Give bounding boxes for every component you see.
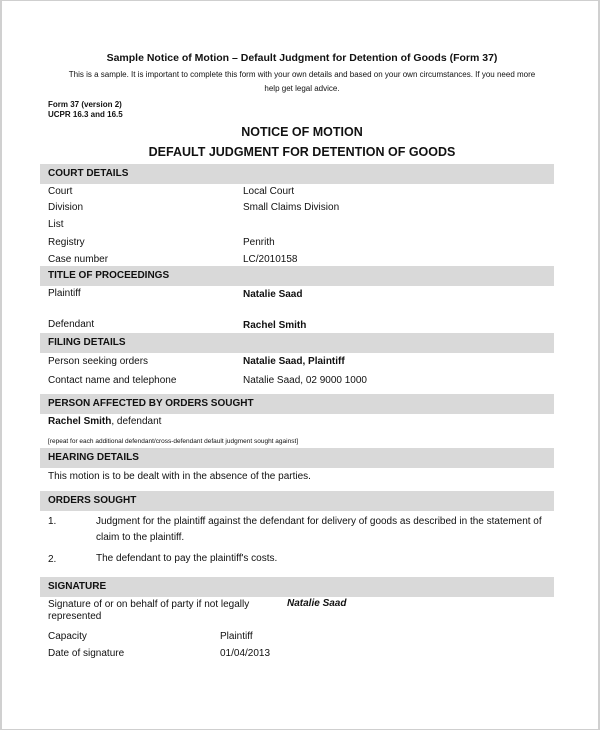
section-header-filing-details: FILING DETAILS: [40, 333, 554, 353]
court-label: Court: [48, 186, 72, 198]
section-header-hearing-details: HEARING DETAILS: [40, 448, 554, 468]
sample-note: This is a sample. It is important to com…: [62, 68, 542, 96]
contact-label: Contact name and telephone: [48, 375, 176, 387]
ucpr-reference: UCPR 16.3 and 16.5: [48, 110, 123, 120]
registry-value: Penrith: [243, 237, 275, 249]
plaintiff-value: Natalie Saad: [243, 289, 302, 301]
division-label: Division: [48, 202, 83, 214]
section-header-person-affected: PERSON AFFECTED BY ORDERS SOUGHT: [40, 394, 554, 414]
contact-value: Natalie Saad, 02 9000 1000: [243, 375, 367, 387]
court-value: Local Court: [243, 186, 294, 198]
order-text-2: The defendant to pay the plaintiff's cos…: [96, 551, 548, 567]
section-header-court-details: COURT DETAILS: [40, 164, 554, 184]
document-page: Sample Notice of Motion – Default Judgme…: [0, 0, 600, 730]
list-label: List: [48, 219, 64, 231]
plaintiff-label: Plaintiff: [48, 288, 81, 300]
notice-heading: NOTICE OF MOTION: [2, 125, 600, 139]
order-number-1: 1.: [48, 516, 56, 527]
capacity-value: Plaintiff: [220, 631, 253, 643]
form-version: Form 37 (version 2): [48, 100, 123, 110]
hearing-text: This motion is to be dealt with in the a…: [48, 471, 311, 483]
section-header-orders-sought: ORDERS SOUGHT: [40, 491, 554, 511]
sample-title: Sample Notice of Motion – Default Judgme…: [2, 52, 600, 64]
defendant-value: Rachel Smith: [243, 320, 306, 332]
division-value: Small Claims Division: [243, 202, 339, 214]
person-seeking-orders-value: Natalie Saad, Plaintiff: [243, 356, 345, 368]
order-text-1: Judgment for the plaintiff against the d…: [96, 514, 548, 546]
case-number-label: Case number: [48, 254, 108, 266]
signature-value: Natalie Saad: [287, 598, 346, 610]
date-of-signature-label: Date of signature: [48, 648, 124, 660]
person-seeking-orders-label: Person seeking orders: [48, 356, 148, 368]
person-affected-role: , defendant: [111, 416, 161, 427]
default-judgment-heading: DEFAULT JUDGMENT FOR DETENTION OF GOODS: [2, 145, 600, 159]
section-header-signature: SIGNATURE: [40, 577, 554, 597]
registry-label: Registry: [48, 237, 85, 249]
date-of-signature-value: 01/04/2013: [220, 648, 270, 660]
signature-label: Signature of or on behalf of party if no…: [48, 599, 258, 623]
person-affected-line: Rachel Smith, defendant: [48, 416, 161, 428]
person-affected-name: Rachel Smith: [48, 416, 111, 427]
order-number-2: 2.: [48, 554, 56, 565]
form-meta: Form 37 (version 2) UCPR 16.3 and 16.5: [48, 100, 123, 120]
capacity-label: Capacity: [48, 631, 87, 643]
repeat-note: [repeat for each additional defendant/cr…: [48, 436, 298, 448]
defendant-label: Defendant: [48, 319, 94, 331]
case-number-value: LC/2010158: [243, 254, 298, 266]
section-header-title-of-proceedings: TITLE OF PROCEEDINGS: [40, 266, 554, 286]
